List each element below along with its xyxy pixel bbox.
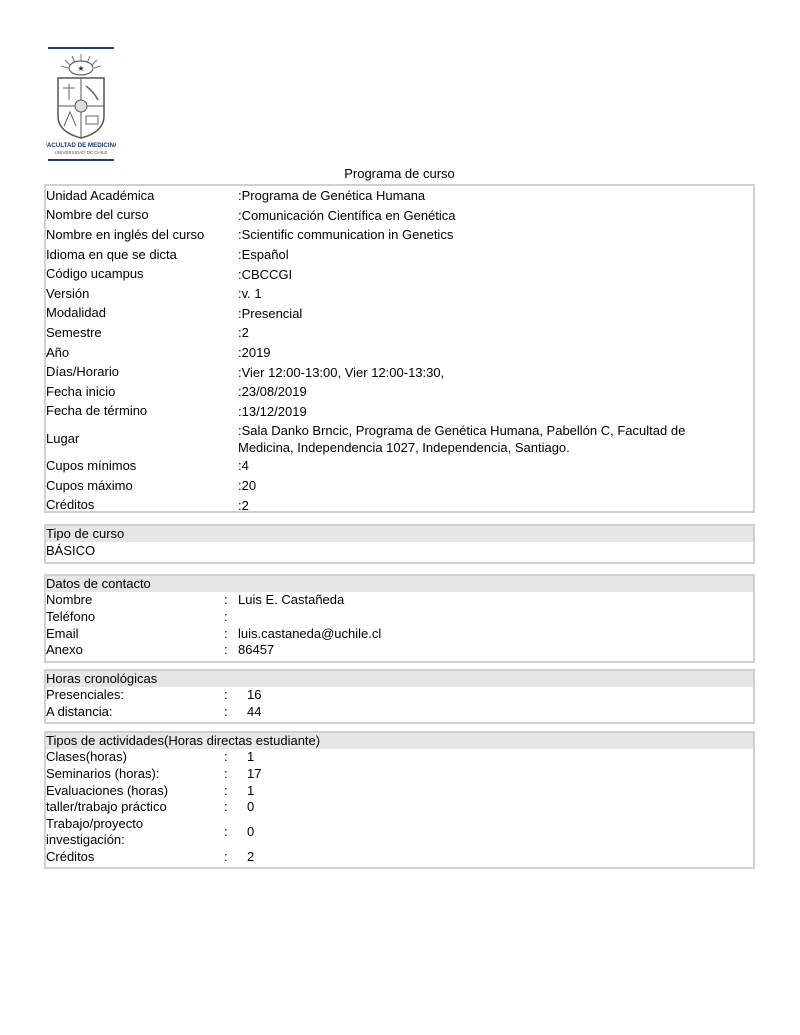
activity-separator: : [224, 766, 238, 782]
info-value: :Vier 12:00-13:00, Vier 12:00-13:30, [238, 364, 753, 381]
info-value: :20 [238, 477, 753, 494]
info-value: :Presencial [238, 305, 753, 322]
activity-row: taller/trabajo práctico:0 [46, 799, 753, 816]
contact-separator: : [224, 626, 238, 642]
activity-value: 1 [238, 783, 753, 799]
svg-text:FACULTAD DE MEDICINA: FACULTAD DE MEDICINA [46, 142, 116, 149]
info-value: :2 [238, 497, 753, 514]
hours-separator: : [224, 704, 238, 720]
info-row: Año:2019 [46, 343, 753, 363]
hours-section: Horas cronológicas Presenciales::16A dis… [44, 669, 755, 724]
course-info-table: Unidad Académica:Programa de Genética Hu… [44, 184, 755, 513]
hours-header: Horas cronológicas [46, 671, 753, 687]
info-row: Créditos:2 [46, 495, 753, 515]
university-crest-icon: ★ FACULTAD DE MEDICINA UNIVERSIDAD DE CH… [46, 46, 116, 162]
info-row: Versión:v. 1 [46, 284, 753, 304]
info-row: Lugar:Sala Danko Brncic, Programa de Gen… [46, 421, 753, 456]
activity-row: Seminarios (horas)::17 [46, 766, 753, 783]
contact-value: luis.castaneda@uchile.cl [238, 626, 753, 642]
activities-section: Tipos de actividades(Horas directas estu… [44, 731, 755, 869]
svg-text:★: ★ [77, 64, 84, 73]
course-type-header: Tipo de curso [46, 526, 753, 542]
activity-row: Evaluaciones (horas):1 [46, 782, 753, 799]
info-row: Cupos máximo:20 [46, 476, 753, 496]
contact-separator: : [224, 592, 238, 608]
info-row: Días/Horario:Vier 12:00-13:00, Vier 12:0… [46, 362, 753, 382]
info-value: :Español [238, 246, 753, 263]
hours-row: A distancia::44 [46, 704, 753, 721]
activity-separator: : [224, 749, 238, 765]
activity-separator: : [224, 849, 238, 865]
hours-label: Presenciales: [46, 687, 224, 703]
info-label: Modalidad [46, 305, 238, 321]
activity-label: Créditos [46, 849, 224, 865]
info-label: Nombre del curso [46, 207, 238, 223]
contact-section: Datos de contacto Nombre:Luis E. Castañe… [44, 574, 755, 663]
contact-separator: : [224, 609, 238, 625]
info-value: :Programa de Genética Humana [238, 187, 753, 204]
info-row: Modalidad:Presencial [46, 304, 753, 324]
contact-header: Datos de contacto [46, 576, 753, 592]
info-label: Nombre en inglés del curso [46, 227, 238, 243]
contact-label: Anexo [46, 642, 224, 658]
info-value: :2019 [238, 344, 753, 361]
course-type-section: Tipo de curso BÁSICO [44, 524, 755, 564]
info-label: Código ucampus [46, 266, 238, 282]
contact-row: Teléfono: [46, 609, 753, 626]
hours-row: Presenciales::16 [46, 687, 753, 704]
info-row: Unidad Académica:Programa de Genética Hu… [46, 186, 753, 206]
info-label: Unidad Académica [46, 188, 238, 204]
info-label: Idioma en que se dicta [46, 247, 238, 263]
info-value: :13/12/2019 [238, 403, 753, 420]
contact-value: 86457 [238, 642, 753, 658]
info-label: Créditos [46, 497, 238, 513]
info-row: Fecha de término:13/12/2019 [46, 402, 753, 422]
contact-label: Email [46, 626, 224, 642]
info-label: Fecha inicio [46, 384, 238, 400]
activity-row: Clases(horas):1 [46, 749, 753, 766]
info-row: Cupos mínimos:4 [46, 456, 753, 476]
info-label: Lugar [46, 431, 238, 447]
info-value: :CBCCGI [238, 266, 753, 283]
activity-value: 1 [238, 749, 753, 765]
course-type-value: BÁSICO [46, 542, 753, 560]
activity-value: 2 [238, 849, 753, 865]
info-row: Nombre del curso:Comunicación Científica… [46, 206, 753, 226]
info-label: Días/Horario [46, 364, 238, 380]
info-value: :23/08/2019 [238, 383, 753, 400]
activity-row: Trabajo/proyecto investigación::0 [46, 816, 753, 849]
faculty-logo: ★ FACULTAD DE MEDICINA UNIVERSIDAD DE CH… [46, 46, 116, 162]
contact-label: Nombre [46, 592, 224, 608]
activity-value: 0 [238, 824, 753, 840]
info-value: :Comunicación Científica en Genética [238, 207, 753, 224]
info-value: :4 [238, 457, 753, 474]
info-label: Fecha de término [46, 403, 238, 419]
info-value: :Sala Danko Brncic, Programa de Genética… [238, 422, 753, 456]
activity-value: 17 [238, 766, 753, 782]
info-row: Nombre en inglés del curso:Scientific co… [46, 225, 753, 245]
page-title: Programa de curso [44, 166, 755, 182]
activity-label: Evaluaciones (horas) [46, 783, 224, 799]
info-value: :2 [238, 324, 753, 341]
activity-label: Seminarios (horas): [46, 766, 224, 782]
hours-label: A distancia: [46, 704, 224, 720]
info-value: :Scientific communication in Genetics [238, 226, 753, 243]
activity-separator: : [224, 824, 238, 840]
contact-separator: : [224, 642, 238, 658]
activity-value: 0 [238, 799, 753, 815]
activity-separator: : [224, 783, 238, 799]
info-label: Cupos máximo [46, 478, 238, 494]
hours-value: 44 [238, 704, 753, 720]
activity-label: Trabajo/proyecto investigación: [46, 816, 156, 848]
activity-separator: : [224, 799, 238, 815]
info-row: Semestre:2 [46, 323, 753, 343]
svg-text:UNIVERSIDAD DE CHILE: UNIVERSIDAD DE CHILE [55, 150, 108, 155]
info-row: Código ucampus:CBCCGI [46, 264, 753, 284]
info-row: Fecha inicio:23/08/2019 [46, 382, 753, 402]
contact-label: Teléfono [46, 609, 224, 625]
activity-row: Créditos:2 [46, 849, 753, 866]
contact-row: Nombre:Luis E. Castañeda [46, 592, 753, 609]
hours-value: 16 [238, 687, 753, 703]
contact-value: Luis E. Castañeda [238, 592, 753, 608]
contact-row: Anexo:86457 [46, 642, 753, 659]
info-label: Año [46, 345, 238, 361]
info-label: Cupos mínimos [46, 458, 238, 474]
info-label: Versión [46, 286, 238, 302]
activity-label: Clases(horas) [46, 749, 224, 765]
hours-separator: : [224, 687, 238, 703]
activity-label: taller/trabajo práctico [46, 799, 224, 815]
contact-row: Email:luis.castaneda@uchile.cl [46, 625, 753, 642]
info-value: :v. 1 [238, 285, 753, 302]
info-row: Idioma en que se dicta:Español [46, 245, 753, 265]
activities-header: Tipos de actividades(Horas directas estu… [46, 733, 753, 749]
info-label: Semestre [46, 325, 238, 341]
